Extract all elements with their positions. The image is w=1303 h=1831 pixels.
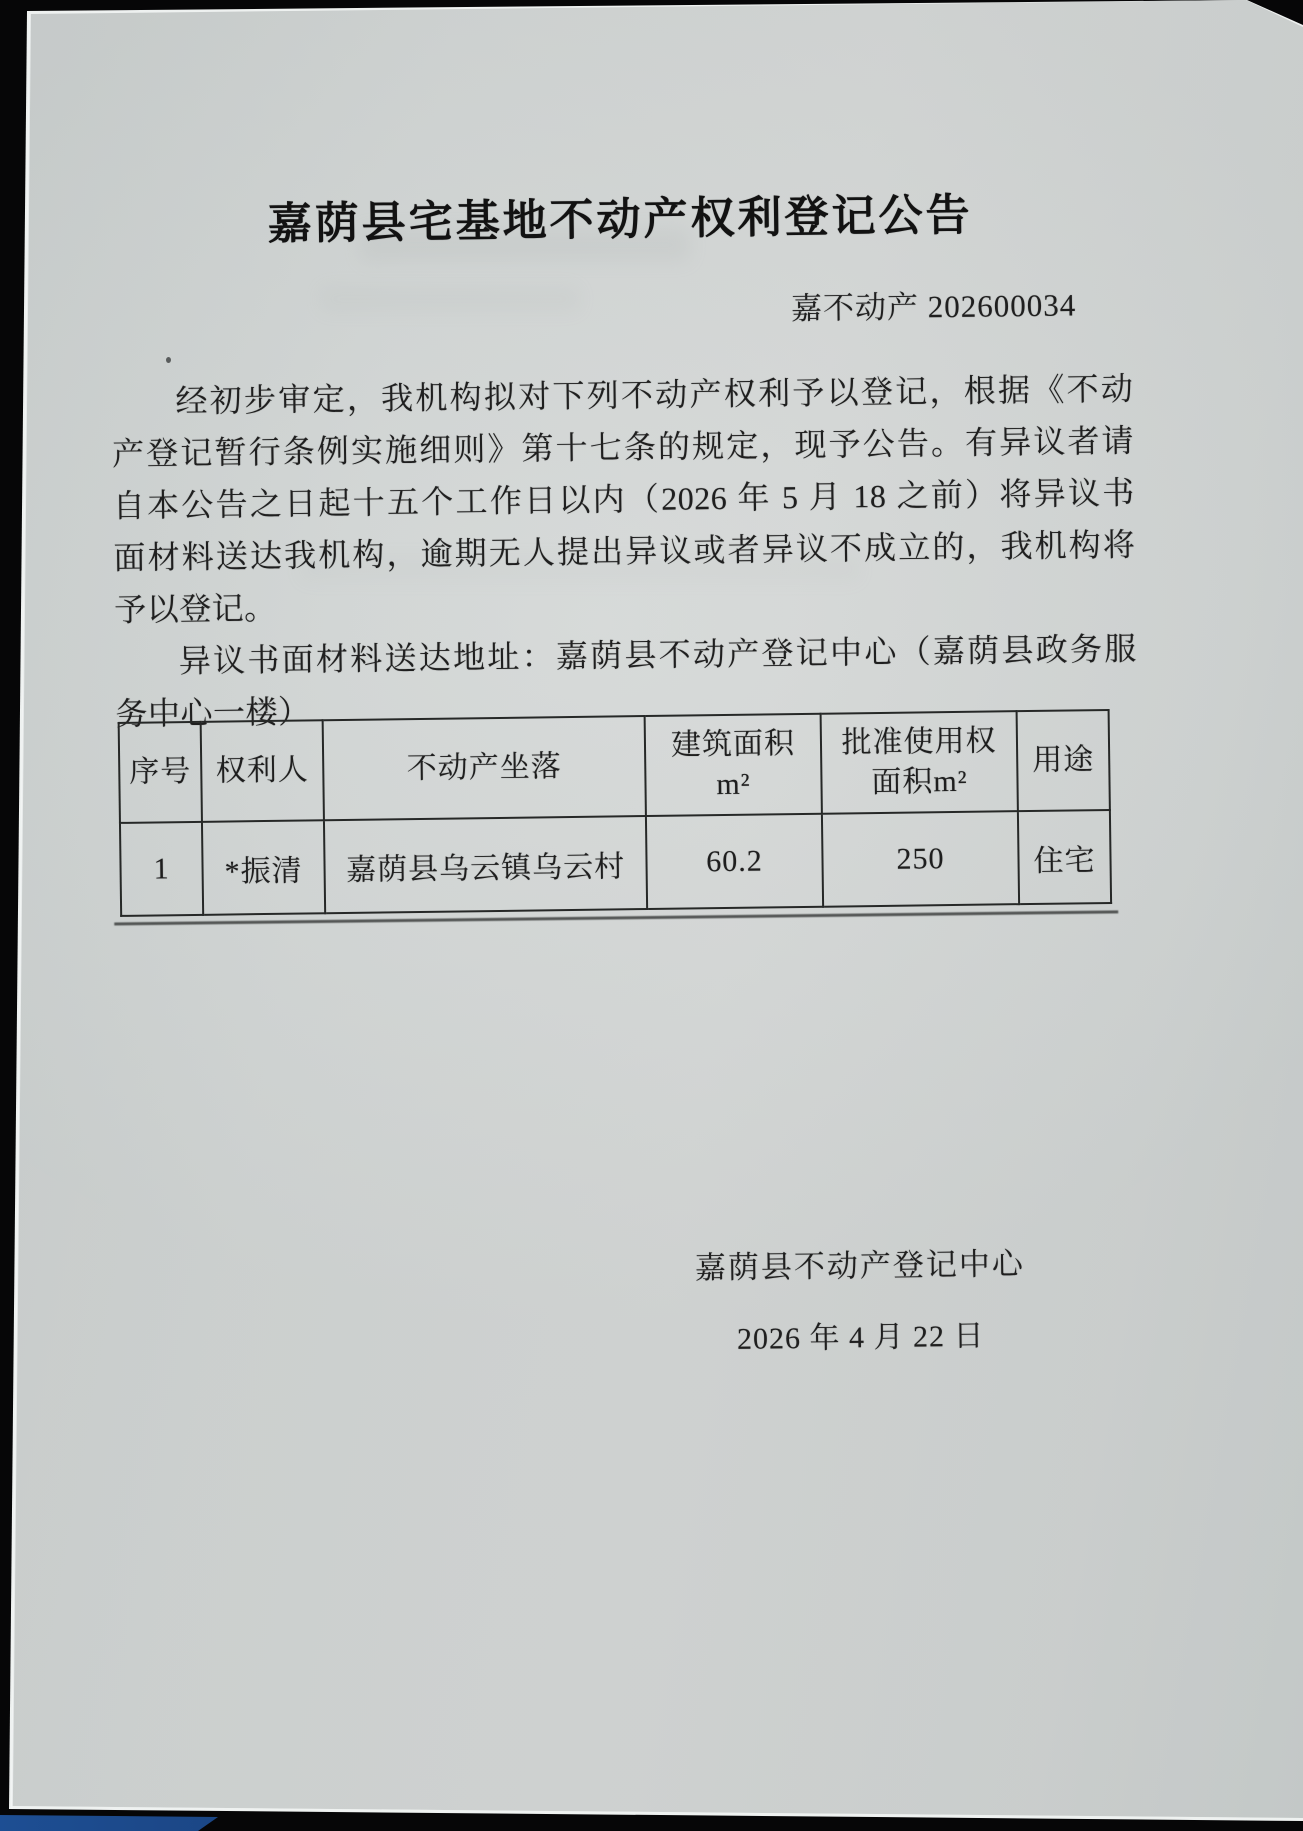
registration-table: 序号 权利人 不动产坐落 建筑面积 m² 批准使用权 面积m² 用途 1 *振清… (118, 709, 1112, 917)
cell-building-area: 60.2 (646, 814, 823, 909)
cell-right-holder: *振清 (202, 820, 325, 915)
header-serial-number: 序号 (119, 722, 202, 823)
cell-approved-use-area: 250 (822, 811, 1019, 907)
issuing-authority: 嘉荫县不动产登记中心 (665, 1238, 1056, 1288)
scanned-announcement-page: { "document": { "title": "嘉荫县宅基地不动产权利登记公… (0, 0, 1303, 1831)
header-approved-use-area: 批准使用权 面积m² (821, 711, 1018, 814)
cell-usage: 住宅 (1018, 810, 1111, 904)
table-row: 1 *振清 嘉荫县乌云镇乌云村 60.2 250 住宅 (120, 810, 1111, 916)
announcement-body: 经初步审定，我机构拟对下列不动产权利予以登记，根据《不动 产登记暂行条例实施细则… (111, 363, 1138, 740)
cell-serial-number: 1 (120, 822, 203, 916)
registration-table-wrap: 序号 权利人 不动产坐落 建筑面积 m² 批准使用权 面积m² 用途 1 *振清… (118, 709, 1112, 917)
page-title: 嘉荫县宅基地不动产权利登记公告 (109, 177, 1132, 254)
cell-property-location: 嘉荫县乌云镇乌云村 (324, 816, 647, 913)
document-content: 嘉荫县宅基地不动产权利登记公告 嘉不动产 202600034 经初步审定，我机构… (0, 0, 1303, 1831)
header-right-holder: 权利人 (201, 720, 324, 822)
header-usage: 用途 (1017, 710, 1110, 811)
issue-date: 2026 年 4 月 22 日 (665, 1310, 1056, 1359)
document-number: 嘉不动产 202600034 (110, 279, 1133, 337)
header-building-area: 建筑面积 m² (645, 714, 822, 816)
table-header-row: 序号 权利人 不动产坐落 建筑面积 m² 批准使用权 面积m² 用途 (119, 710, 1110, 823)
header-property-location: 不动产坐落 (323, 716, 646, 820)
